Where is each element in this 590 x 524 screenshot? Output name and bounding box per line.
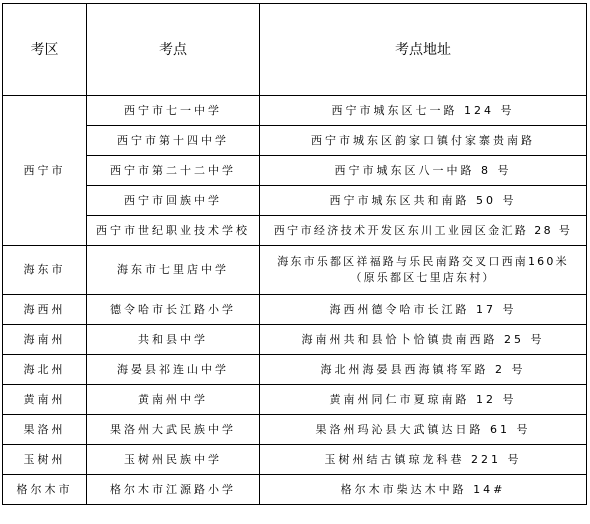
region-cell: 格尔木市 [3,475,87,505]
site-cell: 海东市七里店中学 [87,246,260,295]
header-address: 考点地址 [260,4,587,96]
exam-site-table: 考区 考点 考点地址 西宁市 西宁市七一中学 西宁市城东区七一路 124 号 西… [2,3,587,505]
site-cell: 黄南州中学 [87,385,260,415]
table-row: 海南州 共和县中学 海南州共和县恰卜恰镇贵南西路 25 号 [3,325,587,355]
site-cell: 果洛州大武民族中学 [87,415,260,445]
region-cell: 玉树州 [3,445,87,475]
table-row: 海北州 海晏县祁连山中学 海北州海晏县西海镇将军路 2 号 [3,355,587,385]
address-cell: 海西州德令哈市长江路 17 号 [260,295,587,325]
region-cell: 海北州 [3,355,87,385]
site-cell: 海晏县祁连山中学 [87,355,260,385]
site-cell: 西宁市世纪职业技术学校 [87,216,260,246]
address-cell: 西宁市城东区七一路 124 号 [260,96,587,126]
region-cell: 黄南州 [3,385,87,415]
address-cell: 西宁市城东区共和南路 50 号 [260,186,587,216]
site-cell: 德令哈市长江路小学 [87,295,260,325]
address-cell: 海南州共和县恰卜恰镇贵南西路 25 号 [260,325,587,355]
region-cell: 西宁市 [3,96,87,246]
table-row: 海西州 德令哈市长江路小学 海西州德令哈市长江路 17 号 [3,295,587,325]
address-cell: 海东市乐都区祥福路与乐民南路交叉口西南160米 （原乐都区七里店东村） [260,246,587,295]
address-cell: 黄南州同仁市夏琼南路 12 号 [260,385,587,415]
table-row: 果洛州 果洛州大武民族中学 果洛州玛沁县大武镇达日路 61 号 [3,415,587,445]
site-cell: 共和县中学 [87,325,260,355]
site-cell: 西宁市七一中学 [87,96,260,126]
table-row: 格尔木市 格尔木市江源路小学 格尔木市柴达木中路 14# [3,475,587,505]
site-cell: 西宁市第十四中学 [87,126,260,156]
site-cell: 玉树州民族中学 [87,445,260,475]
site-cell: 西宁市回族中学 [87,186,260,216]
header-region: 考区 [3,4,87,96]
address-cell: 玉树州结古镇琼龙科巷 221 号 [260,445,587,475]
table-row: 西宁市 西宁市七一中学 西宁市城东区七一路 124 号 [3,96,587,126]
table-row: 西宁市第二十二中学 西宁市城东区八一中路 8 号 [3,156,587,186]
address-cell: 西宁市城东区韵家口镇付家寨贵南路 [260,126,587,156]
table-row: 西宁市第十四中学 西宁市城东区韵家口镇付家寨贵南路 [3,126,587,156]
region-cell: 果洛州 [3,415,87,445]
address-line: （原乐都区七里店东村） [260,270,586,286]
table-row: 海东市 海东市七里店中学 海东市乐都区祥福路与乐民南路交叉口西南160米 （原乐… [3,246,587,295]
region-cell: 海西州 [3,295,87,325]
site-cell: 格尔木市江源路小学 [87,475,260,505]
address-cell: 海北州海晏县西海镇将军路 2 号 [260,355,587,385]
address-cell: 果洛州玛沁县大武镇达日路 61 号 [260,415,587,445]
table-row: 西宁市世纪职业技术学校 西宁市经济技术开发区东川工业园区金汇路 28 号 [3,216,587,246]
table-row: 黄南州 黄南州中学 黄南州同仁市夏琼南路 12 号 [3,385,587,415]
address-cell: 西宁市城东区八一中路 8 号 [260,156,587,186]
region-cell: 海东市 [3,246,87,295]
site-cell: 西宁市第二十二中学 [87,156,260,186]
region-cell: 海南州 [3,325,87,355]
header-site: 考点 [87,4,260,96]
table-header-row: 考区 考点 考点地址 [3,4,587,96]
address-cell: 格尔木市柴达木中路 14# [260,475,587,505]
address-line: 海东市乐都区祥福路与乐民南路交叉口西南160米 [260,254,586,270]
table-row: 西宁市回族中学 西宁市城东区共和南路 50 号 [3,186,587,216]
table-row: 玉树州 玉树州民族中学 玉树州结古镇琼龙科巷 221 号 [3,445,587,475]
address-cell: 西宁市经济技术开发区东川工业园区金汇路 28 号 [260,216,587,246]
